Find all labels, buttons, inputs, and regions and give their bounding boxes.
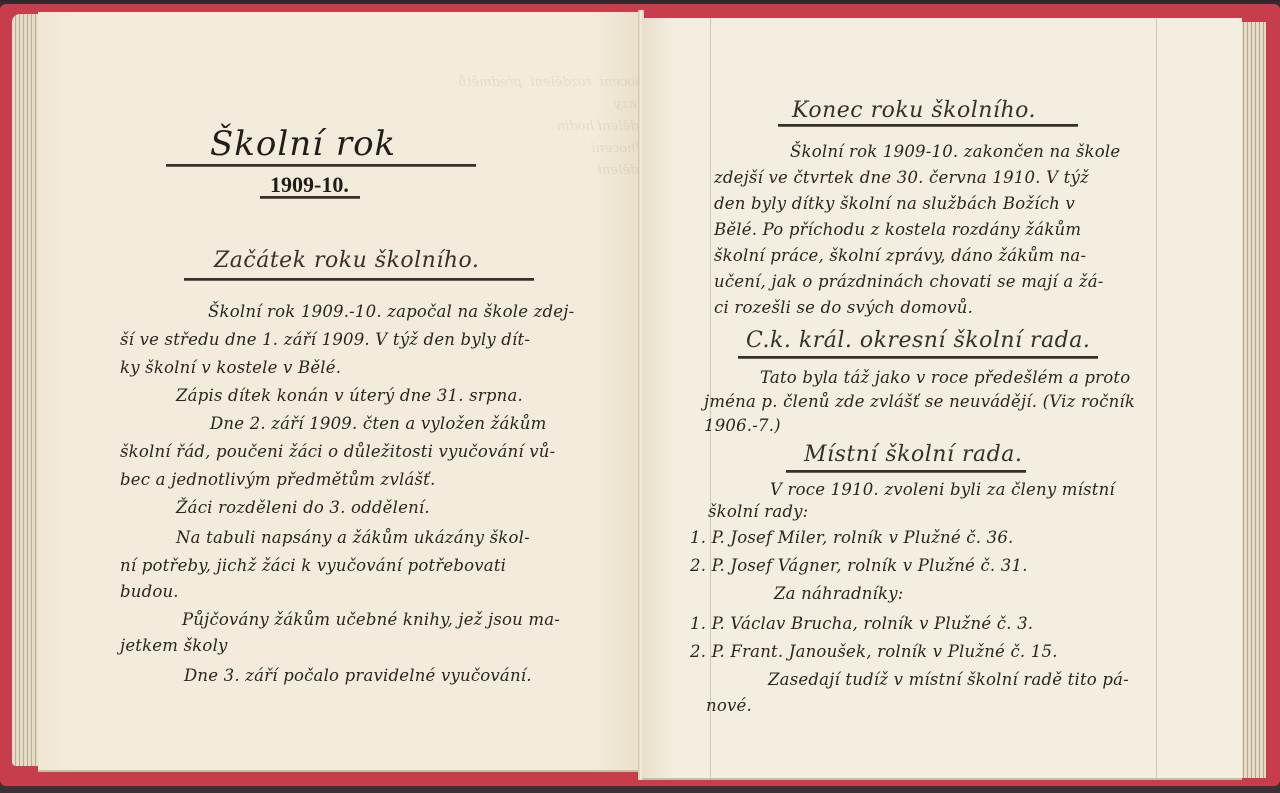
- text-line: budou.: [120, 582, 179, 601]
- text-line: Za náhradníky:: [774, 584, 904, 603]
- text-line: Žáci rozděleni do 3. oddělení.: [176, 498, 430, 517]
- text-line: V roce 1910. zvoleni byli za členy místn…: [770, 480, 1115, 499]
- text-line: Školní rok 1909.-10. započal na škole zd…: [208, 302, 574, 321]
- text-line: jetkem školy: [120, 636, 228, 655]
- text-line: Zasedají tudíž v místní školní radě tito…: [768, 670, 1129, 689]
- text-line: nové.: [706, 696, 752, 715]
- year-underline: [260, 196, 360, 199]
- text-line: 1906.-7.): [704, 416, 781, 435]
- margin-rule-right: [1156, 18, 1157, 778]
- text-line: učení, jak o prázdninách chovati se mají…: [714, 272, 1104, 291]
- heading-underline: [738, 356, 1098, 359]
- section-heading-mistni-rada: Místní školní rada.: [804, 442, 1022, 467]
- substitute-list-item: 1. P. Václav Brucha, rolník v Plužné č. …: [690, 614, 1033, 633]
- text-line: Zápis dítek konán v úterý dne 31. srpna.: [176, 386, 523, 405]
- school-year: 1909-10.: [270, 172, 349, 198]
- text-line: zdejší ve čtvrtek dne 30. června 1910. V…: [714, 168, 1089, 187]
- section-heading-konec: Konec roku školního.: [792, 98, 1036, 123]
- text-line: ní potřeby, jichž žáci k vyučování potře…: [120, 556, 506, 575]
- right-page: Konec roku školního. Školní rok 1909-10.…: [642, 18, 1242, 780]
- member-list-item: 1. P. Josef Miler, rolník v Plužné č. 36…: [690, 528, 1013, 547]
- title-underline: [166, 164, 476, 167]
- text-line: bec a jednotlivým předmětům zvlášť.: [120, 470, 435, 489]
- text-line: ší ve středu dne 1. září 1909. V týž den…: [120, 330, 530, 349]
- text-line: ky školní v kostele v Bělé.: [120, 358, 341, 377]
- heading-underline: [786, 470, 1026, 473]
- text-line: Tato byla táž jako v roce předešlém a pr…: [760, 368, 1130, 387]
- text-line: školní práce, školní zprávy, dáno žákům …: [714, 246, 1086, 265]
- text-line: školní rady:: [708, 502, 808, 521]
- text-line: ci rozešli se do svých domovů.: [714, 298, 973, 317]
- section-heading-okresni-rada: C.k. král. okresní školní rada.: [746, 328, 1090, 353]
- page-stack-right: [1240, 22, 1266, 778]
- text-line: Půjčovány žákům učebné knihy, jež jsou m…: [182, 610, 560, 629]
- heading-underline: [184, 278, 534, 281]
- heading-underline: [778, 124, 1078, 127]
- member-list-item: 2. P. Josef Vágner, rolník v Plužné č. 3…: [690, 556, 1028, 575]
- text-line: Dne 2. září 1909. čten a vyložen žákům: [210, 414, 546, 433]
- text-line: Na tabuli napsány a žákům ukázány škol-: [176, 528, 530, 547]
- text-line: den byly dítky školní na službách Božích…: [714, 194, 1075, 213]
- text-line: Dne 3. září počalo pravidelné vyučování.: [184, 666, 532, 685]
- text-line: Školní rok 1909-10. zakončen na škole: [790, 142, 1120, 161]
- substitute-list-item: 2. P. Frant. Janoušek, rolník v Plužné č…: [690, 642, 1058, 661]
- page-title: Školní rok: [210, 124, 396, 164]
- text-line: Bělé. Po příchodu z kostela rozdány žáků…: [714, 220, 1081, 239]
- text-line: školní řád, poučeni žáci o důležitosti v…: [120, 442, 555, 461]
- text-line: jména p. členů zde zvlášť se neuvádějí. …: [704, 392, 1135, 411]
- left-page: Hodnocení rozdělení předmětů výkazy Rozd…: [38, 12, 640, 772]
- section-heading-zacatek: Začátek roku školního.: [214, 248, 479, 273]
